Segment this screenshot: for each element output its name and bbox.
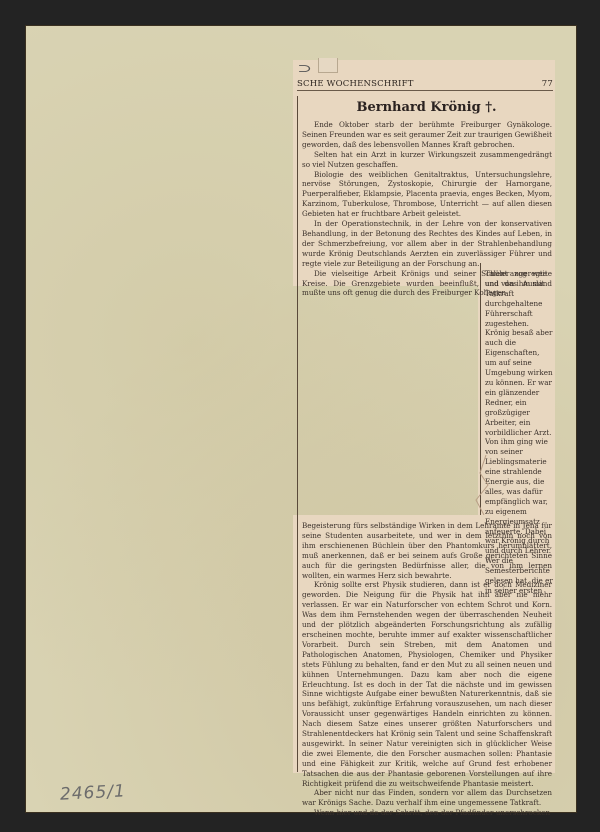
paragraph: Biologie des weiblichen Genitaltraktus, … <box>302 170 552 220</box>
header-rule <box>297 90 553 91</box>
paper-tab <box>318 58 338 73</box>
paragraph: Selten hat ein Arzt in kurzer Wirkungsze… <box>302 150 552 170</box>
paper-tear <box>466 455 506 515</box>
paragraph: Begeisterung fürs selbständige Wirken in… <box>302 521 552 580</box>
paragraph: Wenn hier und da der Schritt, den der Pf… <box>302 808 552 818</box>
arrow-mark-icon: ⊃ <box>297 62 312 75</box>
page-number: 77 <box>542 79 553 89</box>
paragraph: Aber nicht nur das Finden, sondern vor a… <box>302 788 552 808</box>
journal-name: SCHE WOCHENSCHRIFT <box>297 79 414 89</box>
article-body-bottom: Begeisterung fürs selbständige Wirken in… <box>302 521 552 818</box>
column-rule-left <box>297 96 298 772</box>
running-head: SCHE WOCHENSCHRIFT 77 <box>297 79 553 89</box>
paragraph: Ende Oktober starb der berühmte Freiburg… <box>302 120 552 150</box>
paragraph: Krönig sollte erst Physik studieren, dan… <box>302 580 552 788</box>
handwritten-archive-number: 2465/1 <box>60 781 127 804</box>
article-title: Bernhard Krönig †. <box>298 100 555 115</box>
paragraph: In der Operationstechnik, in der Lehre v… <box>302 219 552 269</box>
